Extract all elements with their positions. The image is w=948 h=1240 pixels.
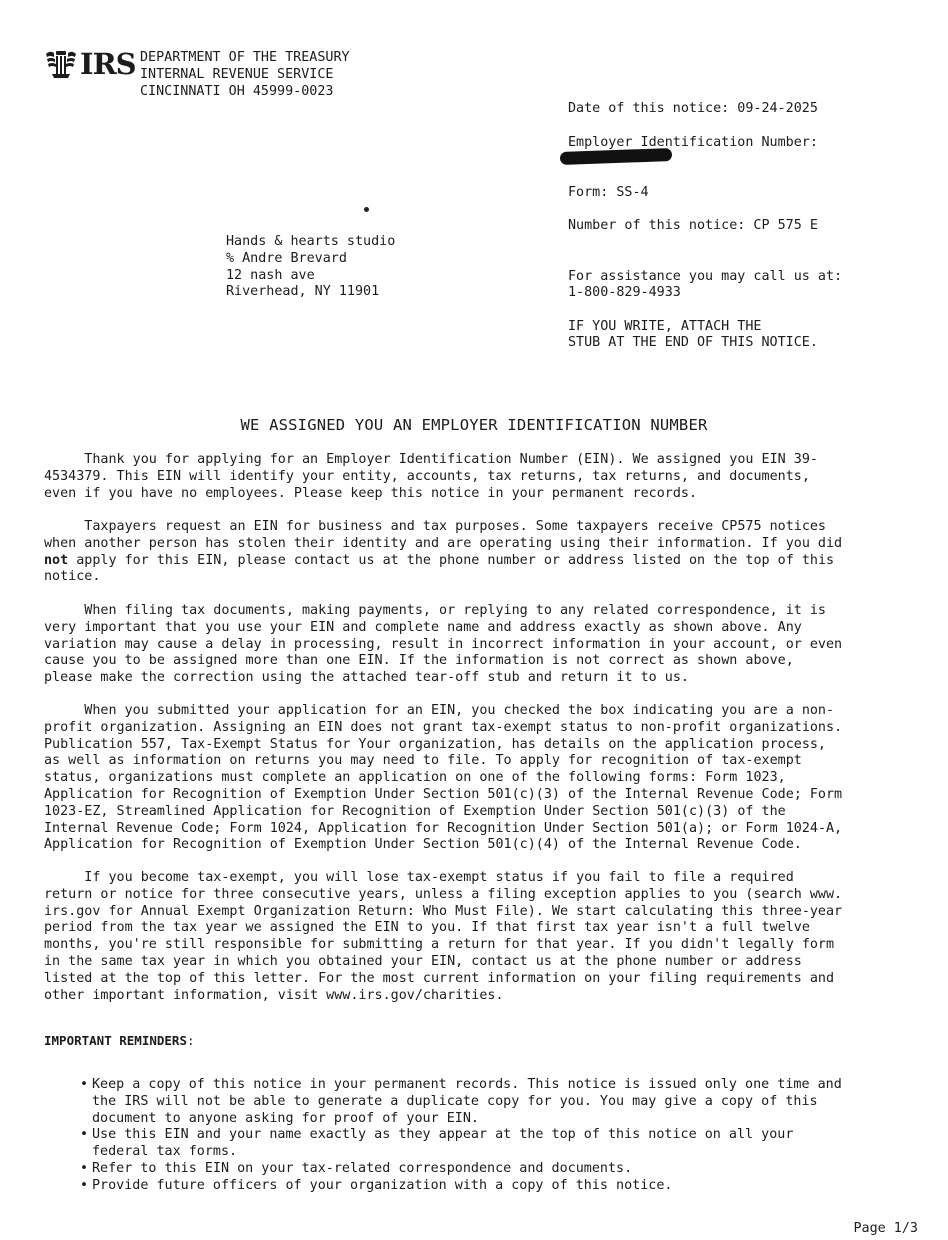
reminders-heading: IMPORTANT REMINDERS: bbox=[44, 1033, 195, 1050]
ein-label: Employer Identification Number: bbox=[568, 135, 818, 152]
irs-logo: IRS bbox=[44, 48, 136, 80]
agency-address: DEPARTMENT OF THE TREASURY INTERNAL REVE… bbox=[140, 50, 350, 100]
reminder-item: Use this EIN and your name exactly as th… bbox=[80, 1127, 920, 1161]
write-instruction-2: STUB AT THE END OF THIS NOTICE. bbox=[568, 335, 818, 352]
paragraph-use-ein: When filing tax documents, making paymen… bbox=[44, 603, 916, 687]
agency-line: CINCINNATI OH 45999-0023 bbox=[140, 84, 350, 101]
agency-line: INTERNAL REVENUE SERVICE bbox=[140, 67, 350, 84]
agency-line: DEPARTMENT OF THE TREASURY bbox=[140, 50, 350, 67]
write-instruction-1: IF YOU WRITE, ATTACH THE bbox=[568, 319, 761, 336]
recipient-care-of: % Andre Brevard bbox=[226, 251, 395, 268]
paragraph-nonprofit: When you submitted your application for … bbox=[44, 703, 916, 854]
paragraph-identity-theft: Taxpayers request an EIN for business an… bbox=[44, 519, 916, 586]
recipient-street: 12 nash ave bbox=[226, 268, 395, 285]
notice-number: Number of this notice: CP 575 E bbox=[568, 218, 818, 235]
ein-redaction bbox=[560, 148, 672, 165]
recipient-name: Hands & hearts studio bbox=[226, 234, 395, 251]
paragraph-tax-exempt: If you become tax-exempt, you will lose … bbox=[44, 870, 916, 1004]
dot-mark bbox=[364, 207, 369, 212]
notice-title: WE ASSIGNED YOU AN EMPLOYER IDENTIFICATI… bbox=[0, 417, 948, 434]
assistance-phone: 1-800-829-4933 bbox=[568, 285, 681, 302]
paragraph-ein-assigned: Thank you for applying for an Employer I… bbox=[44, 452, 916, 502]
emphasis-not: not bbox=[44, 553, 68, 568]
reminder-item: Refer to this EIN on your tax-related co… bbox=[80, 1161, 920, 1178]
reminder-item: Provide future officers of your organiza… bbox=[80, 1178, 920, 1195]
reminders-list: Keep a copy of this notice in your perma… bbox=[80, 1077, 920, 1195]
irs-eagle-icon bbox=[44, 48, 78, 80]
irs-logo-text: IRS bbox=[80, 49, 136, 79]
recipient-city: Riverhead, NY 11901 bbox=[226, 284, 395, 301]
assistance-label: For assistance you may call us at: bbox=[568, 269, 842, 286]
reminder-item: Keep a copy of this notice in your perma… bbox=[80, 1077, 920, 1127]
form-type: Form: SS-4 bbox=[568, 185, 649, 202]
page-number: Page 1/3 bbox=[854, 1221, 919, 1238]
notice-date: Date of this notice: 09-24-2025 bbox=[568, 101, 818, 118]
recipient-address: Hands & hearts studio % Andre Brevard 12… bbox=[226, 234, 395, 301]
